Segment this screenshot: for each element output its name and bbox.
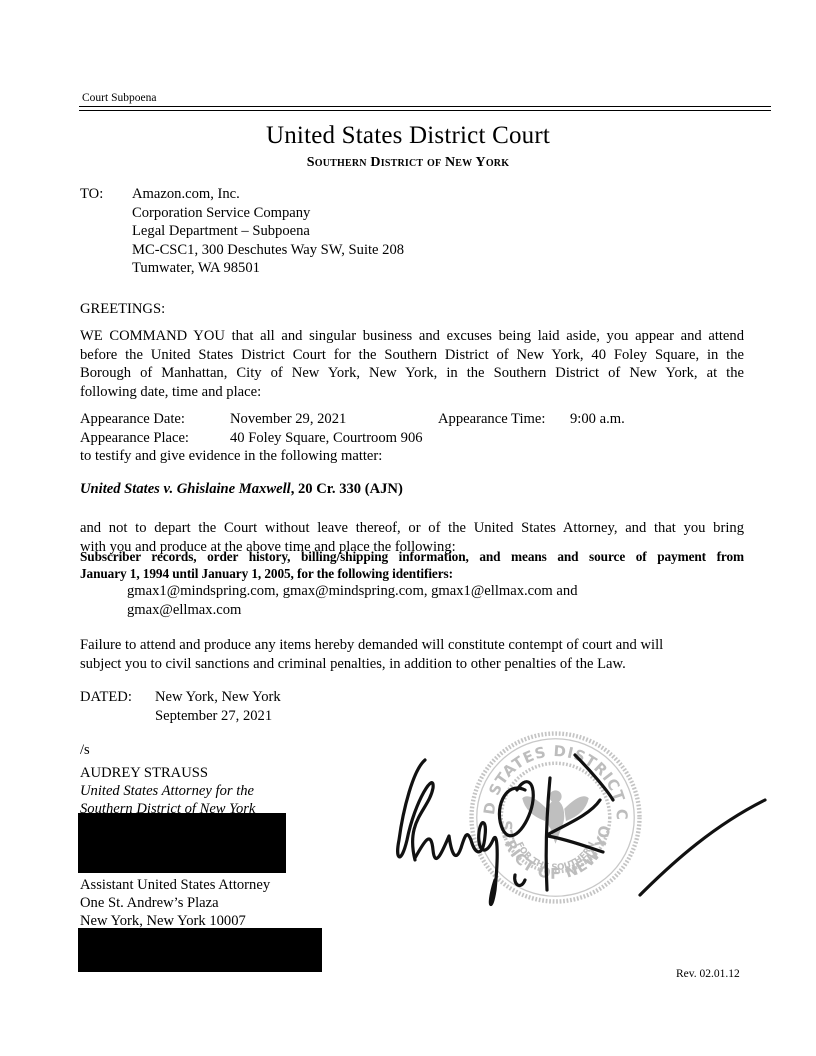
header-rule [79,106,771,107]
recipient-line: Corporation Service Company [132,204,404,223]
appearance-date-value: November 29, 2021 [230,410,438,429]
form-label: Court Subpoena [82,92,156,104]
court-name-text: United States District Court [266,122,550,149]
redaction-box [78,813,286,873]
paragraph-line: and not to depart the Court without leav… [80,519,744,538]
office-line: One St. Andrew’s Plaza [80,894,270,912]
appearance-place-value: 40 Foley Square, Courtroom 906 [230,430,423,446]
court-name: United States District Court [0,122,816,150]
dated-block: New York, New York September 27, 2021 [155,688,281,725]
paragraph-line: following date, time and place: [80,383,744,402]
greeting: GREETINGS: [80,300,165,319]
dated-date: September 27, 2021 [155,707,281,726]
case-number: , 20 Cr. 330 (AJN) [291,481,403,497]
recipient-address: Amazon.com, Inc. Corporation Service Com… [132,185,404,278]
recipient-line: MC-CSC1, 300 Deschutes Way SW, Suite 208 [132,241,404,260]
revision-number: Rev. 02.01.12 [676,968,740,980]
paragraph-line: before the United States District Court … [80,346,744,365]
to-label: TO: [80,185,103,204]
appearance-time-value: 9:00 a.m. [570,411,625,427]
case-name: United States v. Ghislaine Maxwell [80,481,291,497]
identifier-list: gmax1@mindspring.com, gmax@mindspring.co… [127,582,578,619]
handwritten-signature-icon [385,740,770,915]
appearance-date-label: Appearance Date: [80,410,230,429]
district-name: Southern District of New York [0,155,816,171]
case-caption: United States v. Ghislaine Maxwell, 20 C… [80,480,403,499]
dated-place: New York, New York [155,688,281,707]
paragraph-line: Failure to attend and produce any items … [80,636,663,655]
paragraph-line: Borough of Manhattan, City of New York, … [80,364,744,383]
request-line: January 1, 1994 until January 1, 2005, f… [80,565,744,582]
recipient-line: Legal Department – Subpoena [132,222,404,241]
identifier-line: gmax@ellmax.com [127,601,578,620]
office-line: Assistant United States Attorney [80,876,270,894]
request-line: Subscriber records, order history, billi… [80,548,744,565]
paragraph-line: WE COMMAND YOU that all and singular bus… [80,327,744,346]
appearance-time-label: Appearance Time: [438,410,570,429]
recipient-line: Amazon.com, Inc. [132,185,404,204]
records-request: Subscriber records, order history, billi… [80,548,744,582]
testify-line: to testify and give evidence in the foll… [80,447,625,466]
office-address: Assistant United States Attorney One St.… [80,876,270,930]
redaction-box [78,928,322,972]
paragraph-line: subject you to civil sanctions and crimi… [80,655,663,674]
signer-block: AUDREY STRAUSS United States Attorney fo… [80,764,255,818]
identifier-line: gmax1@mindspring.com, gmax@mindspring.co… [127,582,578,601]
appearance-details: Appearance Date:November 29, 2021Appeara… [80,410,625,466]
signer-name: AUDREY STRAUSS [80,764,255,782]
appearance-place-label: Appearance Place: [80,429,230,448]
signer-title: United States Attorney for the [80,782,255,800]
warning-paragraph: Failure to attend and produce any items … [80,636,663,673]
electronic-signature-mark: /s [80,741,90,760]
recipient-line: Tumwater, WA 98501 [132,259,404,278]
dated-label: DATED: [80,688,132,707]
command-paragraph: WE COMMAND YOU that all and singular bus… [80,327,744,401]
header-rule-secondary [79,110,771,111]
